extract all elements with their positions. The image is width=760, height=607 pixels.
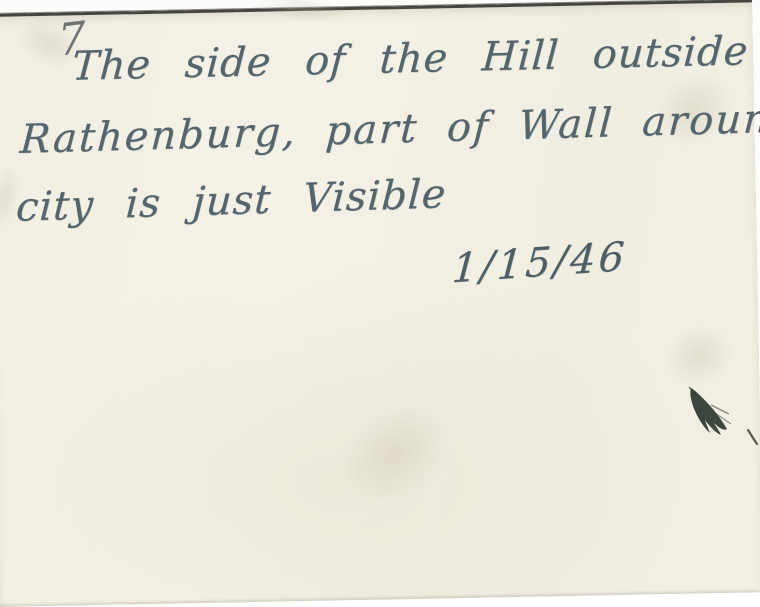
photo-back-paper [0,0,760,557]
scanner-background: 7 The side of the Hill outside Rathenbur… [0,0,760,557]
